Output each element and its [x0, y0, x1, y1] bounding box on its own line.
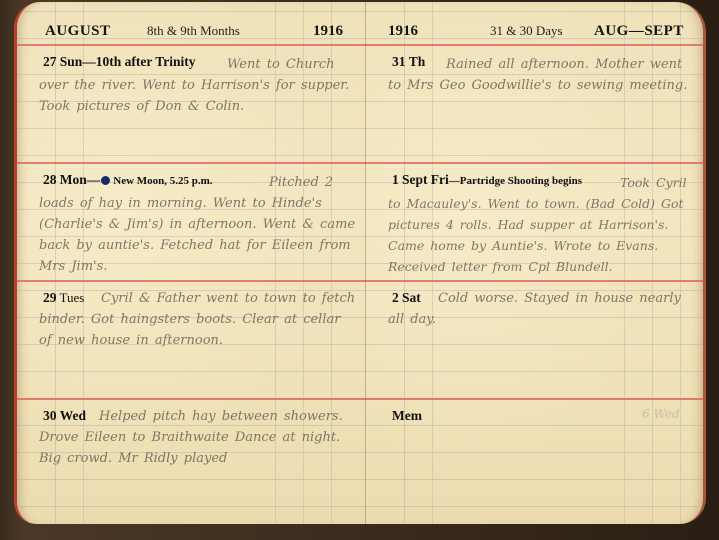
handwritten-entry: Pitched 2 loads of hay in morning. Went … — [39, 172, 358, 277]
header-months: AUG—SEPT — [594, 23, 684, 40]
right-page-header: 1916 31 & 30 Days AUG—SEPT — [366, 18, 703, 44]
day-entry-28: 28 Mon—New Moon, 5.25 p.m. Pitched 2 loa… — [17, 164, 366, 280]
header-month: AUGUST — [45, 23, 111, 40]
day-entry-27: 27 Sun—10th after Trinity Went to Church… — [17, 46, 366, 162]
left-page: AUGUST 8th & 9th Months 1916 27 Sun—10th… — [14, 2, 366, 524]
header-year: 1916 — [313, 23, 343, 40]
day-entry-29: 29 Tues Cyril & Father went to town to f… — [17, 282, 366, 398]
header-months-note: 8th & 9th Months — [147, 23, 240, 39]
handwritten-entry: Went to Church over the river. Went to H… — [39, 54, 358, 117]
day-entry-30: 30 Wed Helped pitch hay between showers.… — [17, 400, 366, 524]
header-year: 1916 — [388, 23, 418, 40]
handwritten-entry: Rained all afternoon. Mother went to Mrs… — [388, 54, 695, 96]
handwritten-entry: Cyril & Father went to town to fetch bin… — [39, 288, 358, 351]
handwritten-entry: Cold worse. Stayed in house nearly all d… — [388, 288, 695, 330]
memo-section: Mem 6 Wed — [366, 400, 703, 524]
handwritten-entry: Helped pitch hay between showers. Drove … — [39, 406, 358, 469]
right-page: 1916 31 & 30 Days AUG—SEPT 31 Th Rained … — [366, 2, 706, 524]
left-page-header: AUGUST 8th & 9th Months 1916 — [17, 18, 366, 44]
bleedthrough-text: 6 Wed — [642, 404, 680, 425]
handwritten-entry: Took Cyril to Macauley's. Went to town. … — [388, 172, 695, 277]
memo-label: Mem — [392, 408, 422, 424]
day-entry-2-sept: 2 Sat Cold worse. Stayed in house nearly… — [366, 282, 703, 398]
day-entry-31: 31 Th Rained all afternoon. Mother went … — [366, 46, 703, 162]
diary-book: AUGUST 8th & 9th Months 1916 27 Sun—10th… — [0, 0, 719, 540]
day-entry-1-sept: 1 Sept Fri—Partridge Shooting begins Too… — [366, 164, 703, 280]
header-days-note: 31 & 30 Days — [490, 23, 563, 39]
